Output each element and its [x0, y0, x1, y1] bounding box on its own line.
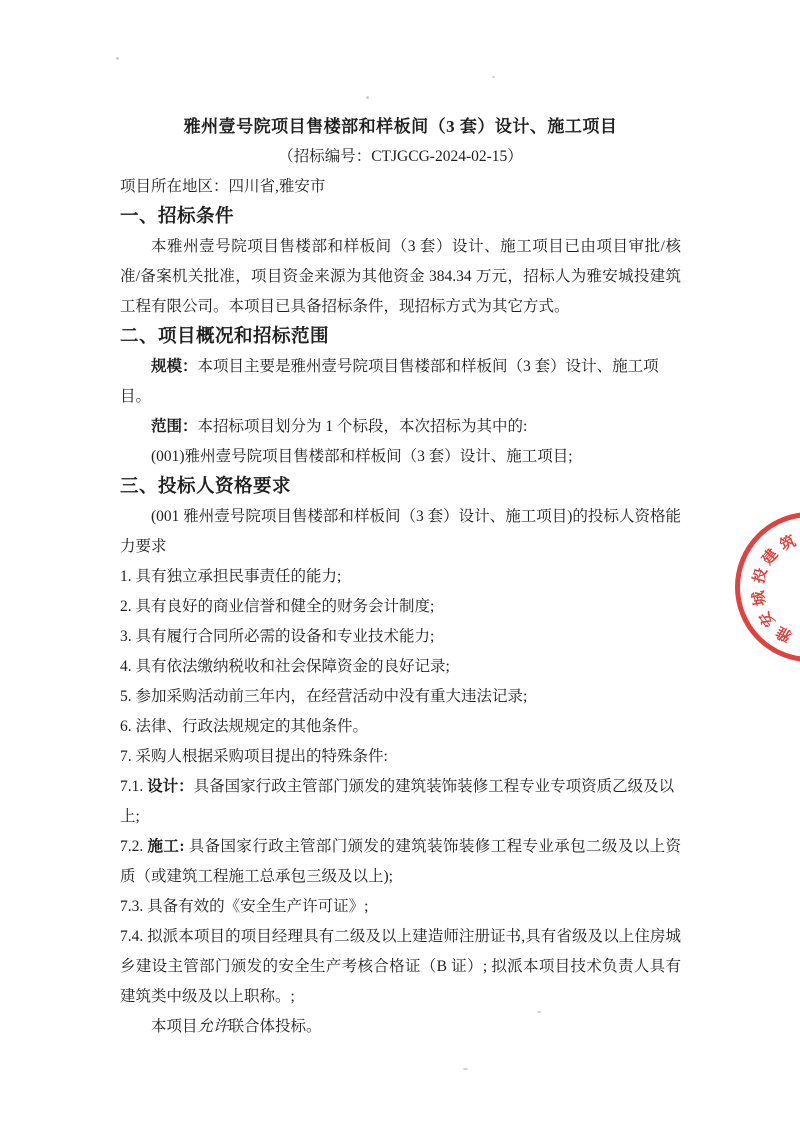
- requirement-item-4: 4. 具有依法缴纳税收和社会保障资金的良好记录;: [120, 652, 681, 682]
- scale-text: 本项目主要是雅州壹号院项目售楼部和样板间（3 套）设计、施工项目。: [120, 358, 659, 405]
- scope-line: 范围：本招标项目划分为 1 个标段，本次招标为其中的:: [120, 412, 681, 442]
- item-7-2-number: 7.2.: [120, 838, 148, 855]
- item-7-1-text: 具备国家行政主管部门颁发的建筑装饰装修工程专业专项资质乙级及以上;: [120, 778, 674, 825]
- scan-speck: [463, 1068, 468, 1070]
- section-2-heading: 二、项目概况和招标范围: [120, 322, 681, 352]
- requirement-item-5: 5. 参加采购活动前三年内，在经营活动中没有重大违法记录;: [120, 682, 681, 712]
- section-1-body: 本雅州壹号院项目售楼部和样板间（3 套）设计、施工项目已由项目审批/核准/备案机…: [120, 232, 681, 322]
- item-7-1-number: 7.1.: [120, 778, 147, 795]
- section-1-heading: 一、招标条件: [120, 202, 681, 232]
- scan-speck: [492, 76, 495, 78]
- requirement-item-2: 2. 具有良好的商业信誉和健全的财务会计制度;: [120, 592, 681, 622]
- scan-speck: [116, 57, 119, 60]
- document-title: 雅州壹号院项目售楼部和样板间（3 套）设计、施工项目: [120, 112, 681, 142]
- lot-line: (001)雅州壹号院项目售楼部和样板间（3 套）设计、施工项目;: [120, 442, 681, 472]
- joint-venture-allow: 允许: [198, 1018, 229, 1035]
- scale-label: 规模：: [151, 358, 198, 375]
- requirement-item-7-2: 7.2. 施工: 具备国家行政主管部门颁发的建筑装饰装修工程专业承包二级及以上资…: [120, 832, 681, 892]
- document-page: 雅州壹号院项目售楼部和样板间（3 套）设计、施工项目 （招标编号：CTJGCG-…: [0, 0, 800, 1131]
- requirement-item-7-3: 7.3. 具备有效的《安全生产许可证》;: [120, 892, 681, 922]
- scope-label: 范围：: [151, 418, 198, 435]
- qualification-intro: (001 雅州壹号院项目售楼部和样板间（3 套）设计、施工项目)的投标人资格能力…: [120, 502, 681, 562]
- scan-speck: [537, 1011, 541, 1013]
- scope-text: 本招标项目划分为 1 个标段，本次招标为其中的:: [198, 418, 528, 435]
- item-7-2-label: 施工:: [148, 838, 185, 855]
- requirement-item-7-1: 7.1. 设计：具备国家行政主管部门颁发的建筑装饰装修工程专业专项资质乙级及以上…: [120, 772, 681, 832]
- document-content: 雅州壹号院项目售楼部和样板间（3 套）设计、施工项目 （招标编号：CTJGCG-…: [0, 0, 800, 1042]
- section-3-heading: 三、投标人资格要求: [120, 472, 681, 502]
- project-location-line: 项目所在地区：四川省,雅安市: [120, 172, 681, 202]
- requirement-item-3: 3. 具有履行合同所必需的设备和专业技术能力;: [120, 622, 681, 652]
- requirement-item-7: 7. 采购人根据采购项目提出的特殊条件:: [120, 742, 681, 772]
- requirement-item-6: 6. 法律、行政法规规定的其他条件。: [120, 712, 681, 742]
- joint-venture-prefix: 本项目: [151, 1018, 198, 1035]
- scan-speck: [366, 96, 369, 99]
- item-7-2-text: 具备国家行政主管部门颁发的建筑装饰装修工程专业承包二级及以上资质（或建筑工程施工…: [120, 838, 681, 885]
- scale-line: 规模：本项目主要是雅州壹号院项目售楼部和样板间（3 套）设计、施工项目。: [120, 352, 681, 412]
- item-7-1-label: 设计：: [147, 778, 194, 795]
- bid-number-line: （招标编号：CTJGCG-2024-02-15）: [120, 142, 681, 172]
- joint-venture-line: 本项目允许联合体投标。: [120, 1012, 681, 1042]
- requirement-item-1: 1. 具有独立承担民事责任的能力;: [120, 562, 681, 592]
- requirement-item-7-4: 7.4. 拟派本项目的项目经理具有二级及以上建造师注册证书,具有省级及以上住房城…: [120, 922, 681, 1012]
- joint-venture-suffix: 联合体投标。: [229, 1018, 322, 1035]
